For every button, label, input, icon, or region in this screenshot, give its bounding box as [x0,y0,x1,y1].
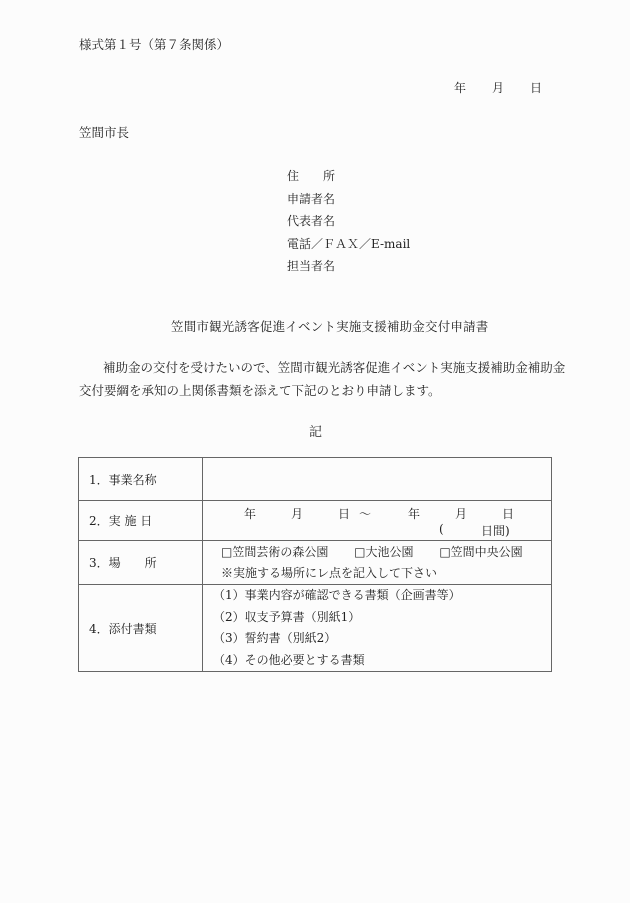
implementation-date-field[interactable]: 年 月 日 ～ 年 月 日 ( 日間) [203,501,552,541]
end-year: 年 [408,505,420,522]
ki-heading: 記 [309,421,322,440]
location-field: □笠間芸術の森公園 □大池公園 □笠間中央公園 ※実施する場所にレ点を記入して下… [203,541,552,585]
days-count: ( 日間) [217,522,551,540]
table-row-implementation-date: 2．実 施 日 年 月 日 ～ 年 月 日 ( 日間) [79,501,552,541]
days-label: 日間) [481,522,510,539]
date-range: 年 月 日 ～ 年 月 日 [217,502,551,522]
implementation-date-label: 2．実 施 日 [79,501,203,541]
attachment-item: （4）その他必要とする書類 [213,650,551,672]
park-options: □笠間芸術の森公園 □大池公園 □笠間中央公園 [217,542,551,563]
start-year: 年 [244,505,256,522]
park-option-kasama-central[interactable]: □笠間中央公園 [439,542,522,563]
table-row-location: 3．場 所 □笠間芸術の森公園 □大池公園 □笠間中央公園 ※実施する場所にレ点… [79,541,552,585]
attachment-item: （1）事業内容が確認できる書類（企画書等） [213,585,551,607]
applicant-fields: 住 所 申請者名 代表者名 電話／ＦＡＸ／E-mail 担当者名 [287,165,410,278]
body-line-1: 補助金の交付を受けたいので、笠間市観光誘客促進イベント実施支援補助金補助金 [79,356,557,379]
end-day: 日 [502,505,514,522]
start-day: 日 [338,505,350,522]
body-line-2: 交付要綱を承知の上関係書類を添えて下記のとおり申請します。 [79,379,557,402]
park-option-oike[interactable]: □大池公園 [354,542,413,563]
document-title: 笠間市観光誘客促進イベント実施支援補助金交付申請書 [171,317,489,335]
body-text: 補助金の交付を受けたいので、笠間市観光誘客促進イベント実施支援補助金補助金 交付… [79,356,557,402]
location-note: ※実施する場所にレ点を記入して下さい [217,563,551,584]
date-line: 年月日 [454,79,542,96]
form-number: 様式第１号（第７条関係） [79,35,229,53]
project-name-label: 1．事業名称 [79,458,203,501]
addressee: 笠間市長 [79,123,129,141]
attachment-item: （2）収支予算書（別紙1） [213,607,551,629]
date-day-label: 日 [530,79,542,96]
table-row-project-name: 1．事業名称 [79,458,552,501]
project-name-field[interactable] [203,458,552,501]
contact-label: 電話／ＦＡＸ／E-mail [287,233,410,256]
attachments-list: （1）事業内容が確認できる書類（企画書等） （2）収支予算書（別紙1） （3）誓… [203,585,552,672]
applicant-address-label: 住 所 [287,165,410,188]
application-table: 1．事業名称 2．実 施 日 年 月 日 ～ 年 月 日 ( 日間) 3．場 所… [78,457,552,672]
attachments-label: 4．添付書類 [79,585,203,672]
date-year-label: 年 [454,79,466,96]
tilde: ～ [359,505,371,522]
representative-name-label: 代表者名 [287,210,410,233]
person-in-charge-label: 担当者名 [287,255,410,278]
date-month-label: 月 [492,79,504,96]
park-option-kasama-art-forest[interactable]: □笠間芸術の森公園 [221,542,328,563]
end-month: 月 [455,505,467,522]
attachment-item: （3）誓約書（別紙2） [213,628,551,650]
applicant-name-label: 申請者名 [287,188,410,211]
table-row-attachments: 4．添付書類 （1）事業内容が確認できる書類（企画書等） （2）収支予算書（別紙… [79,585,552,672]
location-label: 3．場 所 [79,541,203,585]
start-month: 月 [291,505,303,522]
days-open-paren: ( [439,522,444,536]
